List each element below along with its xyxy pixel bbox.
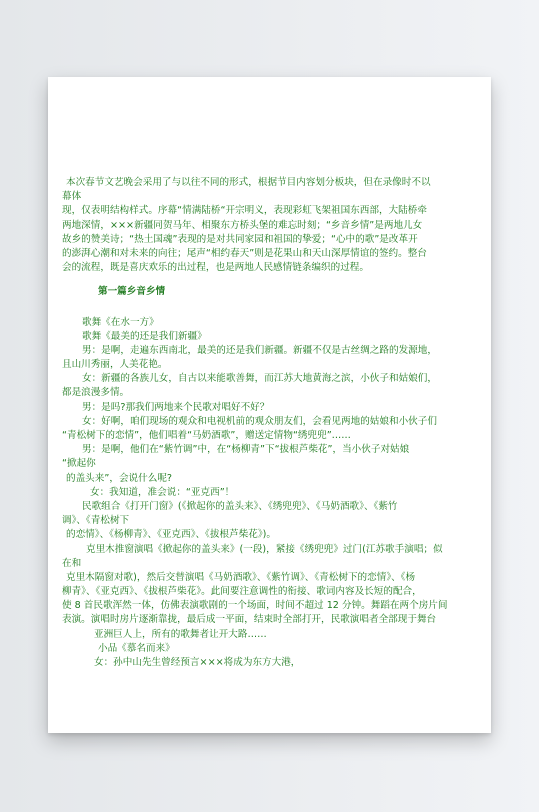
body-line: 歌舞《在水一方》 [62, 316, 491, 330]
body-line: 歌舞《最美的还是我们新疆》 [62, 330, 491, 344]
body-line: 男：是啊，走遍东西南北，最美的还是我们新疆。新疆不仅是古丝绸之路的发源地， [62, 344, 491, 358]
body-line: 的盖头来”，会说什么呢? [62, 472, 491, 486]
intro-line: 两地深情，×××新疆同贺马年、相聚东方桥头堡的难忘时刻；“乡音乡情”是两地儿女 [62, 219, 491, 233]
body-line: 且山川秀丽，人美花艳。 [62, 358, 491, 372]
body-line: “青松树下的恋情”，他们唱着“马奶酒歌”，赠送定情物“绣兜兜”…… [62, 429, 491, 443]
body-line: “掀起你 [62, 457, 491, 471]
intro-paragraph: 本次春节文艺晚会采用了与以往不同的形式，根据节目内容划分板块，但在录像时不以 幕… [62, 176, 491, 275]
intro-line: 现，仅表明结构样式。序幕“情满陆桥“开宗明义，表现彩虹飞架祖国东西部，大陆桥牵 [62, 204, 491, 218]
body-line: 调》、《青松树下 [62, 514, 491, 528]
body-line: 都是浪漫多情。 [62, 386, 491, 400]
body-line: 小品《慕名而来》 [62, 642, 491, 656]
section-title: 第一篇乡音乡情 [62, 285, 491, 299]
document-content: 本次春节文艺晚会采用了与以往不同的形式，根据节目内容划分板块，但在录像时不以 幕… [62, 176, 491, 670]
script-body: 歌舞《在水一方》 歌舞《最美的还是我们新疆》 男：是啊，走遍东西南北，最美的还是… [62, 316, 491, 671]
intro-line: 幕体 [62, 190, 491, 204]
body-line: 女：我知道，准会说：“亚克西”！ [62, 486, 491, 500]
body-line: 女：孙中山先生曾经预言×××将成为东方大港， [62, 656, 491, 670]
body-line: 在和 [62, 557, 491, 571]
body-line: 的恋情》、《杨柳青》、《亚克西》、《拔根芦柴花》)。 [62, 528, 491, 542]
body-line: 亚洲巨人上，所有的歌舞者让开大路…… [62, 628, 491, 642]
intro-line: 的澎湃心潮和对未来的向往；尾声“相约春天”则是花果山和天山深厚情谊的签约。整台 [62, 247, 491, 261]
body-line: 女：好啊，咱们现场的观众和电视机前的观众朋友们，会看见两地的姑娘和小伙子们 [62, 415, 491, 429]
intro-line: 故乡的赞美诗；“热土国魂”表现的是对共同家园和祖国的挚爱；“心中的歌”是改革开 [62, 233, 491, 247]
body-line: 柳青》、《亚克西》、《拔根芦柴花》。此间要注意调性的衔接、歌词内容及长短的配合， [62, 585, 491, 599]
document-page: 本次春节文艺晚会采用了与以往不同的形式，根据节目内容划分板块，但在录像时不以 幕… [48, 77, 491, 733]
body-line: 克里木隔窗对歌)，然后交替演唱《马奶酒歌》、《紫竹调》、《青松树下的恋情》、《杨 [62, 571, 491, 585]
intro-line: 本次春节文艺晚会采用了与以往不同的形式，根据节目内容划分板块，但在录像时不以 [62, 176, 491, 190]
body-line: 民歌组合《打开门窗》(《掀起你的盖头来》、《绣兜兜》、《马奶酒歌》、《紫竹 [62, 500, 491, 514]
intro-line: 会的流程，既是喜庆欢乐的出过程，也是两地人民感情链条编织的过程。 [62, 261, 491, 275]
body-line: 克里木推窗演唱《掀起你的盖头来》(一段)，紧接《绣兜兜》过门(江苏歌手演唱；似 [62, 543, 491, 557]
body-line: 男：是吗?那我们两地来个民歌对唱好不好？ [62, 401, 491, 415]
body-line: 男：是啊，他们在“紫竹调”中，在“杨柳青”下“拔根芦柴花”，当小伙子对姑娘 [62, 443, 491, 457]
body-line: 表演。演唱时房片逐渐靠拢，最后成一平面，结束时全部打开，民歌演唱者全部现于舞台 [62, 613, 491, 627]
body-line: 使 8 首民歌浑然一体，仿佛表演歌剧的一个场面，时间不超过 12 分钟。舞蹈在两… [62, 599, 491, 613]
body-line: 女：新疆的各族儿女，自古以来能歌善舞，而江苏大地黄海之滨，小伙子和姑娘们， [62, 372, 491, 386]
